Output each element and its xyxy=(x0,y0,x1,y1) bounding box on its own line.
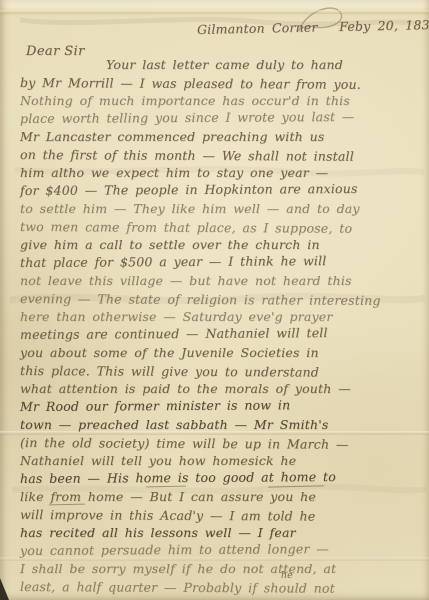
page-corner-shadow xyxy=(0,578,15,600)
letter-place: Gilmanton Corner xyxy=(197,19,318,37)
letter-line: Mr Rood our former minister is now in xyxy=(20,397,425,417)
letter-line: least, a half quarter — Probably if shou… xyxy=(20,579,425,599)
letter-line: place worth telling you since I wrote yo… xyxy=(20,109,425,129)
letter-heading: Gilmanton Corner Feby 20, 1833 xyxy=(197,17,429,37)
letter-body: Your last letter came duly to hand by Mr… xyxy=(20,57,425,597)
letter-line: town — preached last sabbath — Mr Smith'… xyxy=(20,417,425,435)
letter-date: Feby 20, 1833 xyxy=(339,17,429,34)
letter-line: two men came from that place, as I suppo… xyxy=(20,219,425,239)
letter-line: you cannot persuade him to attend longer… xyxy=(20,541,425,561)
letter-line: you about some of the Juvenile Societies… xyxy=(20,345,425,363)
letter-page: Gilmanton Corner Feby 20, 1833 Dear Sir … xyxy=(0,0,429,600)
letter-line: this place. This will give you to unders… xyxy=(20,363,425,383)
letter-line: that place for $500 a year — I think he … xyxy=(20,253,425,273)
inserted-word: he xyxy=(281,570,293,581)
letter-line: (in the old society) time will be up in … xyxy=(20,435,425,455)
letter-line: on the first of this month — We shall no… xyxy=(20,147,425,167)
letter-line: Your last letter came duly to hand xyxy=(20,57,425,75)
letter-line: to settle him — They like him well — and… xyxy=(20,201,425,219)
letter-line: Mr Lancaster commenced preaching with us xyxy=(20,129,425,147)
letter-line: I shall be sorry myself if he do not att… xyxy=(20,561,425,579)
letter-line: will improve in this Acad'y — I am told … xyxy=(20,507,425,527)
letter-line: meetings are continued — Nathaniel will … xyxy=(20,325,425,345)
letter-line: not leave this village — but have not he… xyxy=(20,273,425,291)
letter-line: has been — His home is too good at home … xyxy=(20,469,425,489)
letter-line: for $400 — The people in Hopkinton are a… xyxy=(20,181,425,201)
fold-crease-top xyxy=(0,10,429,14)
